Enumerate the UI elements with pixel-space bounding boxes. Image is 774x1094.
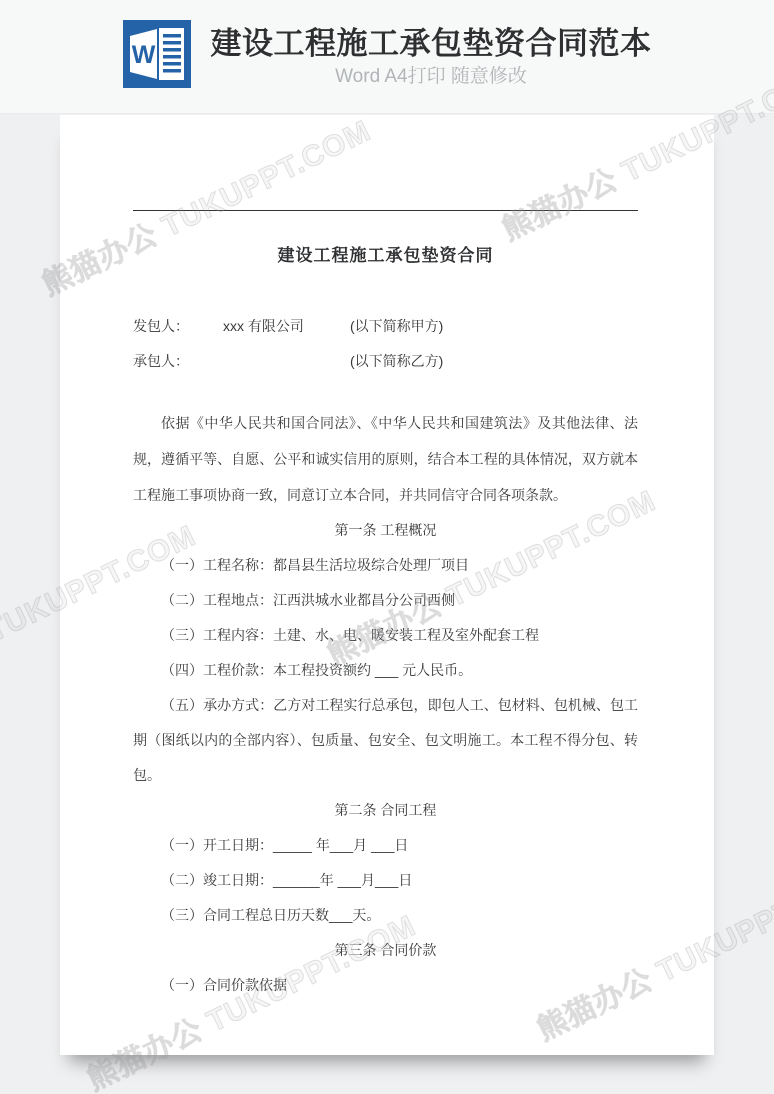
employer-value: xxx 有限公司 bbox=[223, 309, 350, 344]
party-row-employer: 发包人： xxx 有限公司 (以下简称甲方) bbox=[133, 309, 638, 344]
header: W 建设工程施工承包垫资合同范本 Word A4打印 随意修改 bbox=[0, 0, 774, 114]
section-2-item-2: （二）竣工日期：______年 ___月___日 bbox=[133, 863, 638, 898]
contractor-note: (以下简称乙方) bbox=[350, 344, 443, 379]
document-top-divider bbox=[133, 210, 638, 211]
word-icon-letter: W bbox=[131, 41, 155, 69]
section-1-item-2: （二）工程地点：江西洪城水业都昌分公司西侧 bbox=[133, 583, 638, 618]
page-subtitle: Word A4打印 随意修改 bbox=[335, 66, 527, 88]
section-3-item-1: （一）合同价款依据 bbox=[133, 968, 638, 1003]
document-title: 建设工程施工承包垫资合同 bbox=[133, 244, 638, 267]
section-2-item-3: （三）合同工程总日历天数___天。 bbox=[133, 898, 638, 933]
contractor-label: 承包人： bbox=[133, 344, 223, 379]
employer-label: 发包人： bbox=[133, 309, 223, 344]
contractor-value bbox=[223, 344, 350, 379]
header-text: 建设工程施工承包垫资合同范本 Word A4打印 随意修改 bbox=[211, 26, 652, 88]
section-3-heading: 第三条 合同价款 bbox=[133, 933, 638, 968]
word-icon: W bbox=[123, 20, 191, 88]
section-1-item-5: （五）承办方式：乙方对工程实行总承包，即包人工、包材料、包机械、包工期（图纸以内… bbox=[133, 688, 638, 793]
parties-block: 发包人： xxx 有限公司 (以下简称甲方) 承包人： (以下简称乙方) bbox=[133, 309, 638, 379]
page-title: 建设工程施工承包垫资合同范本 bbox=[211, 26, 652, 62]
party-row-contractor: 承包人： (以下简称乙方) bbox=[133, 344, 638, 379]
section-1-item-4: （四）工程价款：本工程投资额约 ___ 元人民币。 bbox=[133, 653, 638, 688]
document-page: 建设工程施工承包垫资合同 发包人： xxx 有限公司 (以下简称甲方) 承包人：… bbox=[60, 115, 714, 1055]
section-1-heading: 第一条 工程概况 bbox=[133, 513, 638, 548]
section-1-item-1: （一）工程名称：都昌县生活垃圾综合处理厂项目 bbox=[133, 548, 638, 583]
section-2-heading: 第二条 合同工程 bbox=[133, 793, 638, 828]
section-1-item-3: （三）工程内容：土建、水、电、暖安装工程及室外配套工程 bbox=[133, 618, 638, 653]
employer-note: (以下简称甲方) bbox=[350, 309, 443, 344]
template-preview-page: W 建设工程施工承包垫资合同范本 Word A4打印 随意修改 建设工程施工承包… bbox=[0, 0, 774, 1094]
preamble-paragraph: 依据《中华人民共和国合同法》、《中华人民共和国建筑法》及其他法律、法规，遵循平等… bbox=[133, 405, 638, 513]
section-2-item-1: （一）开工日期：_____ 年___月 ___日 bbox=[133, 828, 638, 863]
